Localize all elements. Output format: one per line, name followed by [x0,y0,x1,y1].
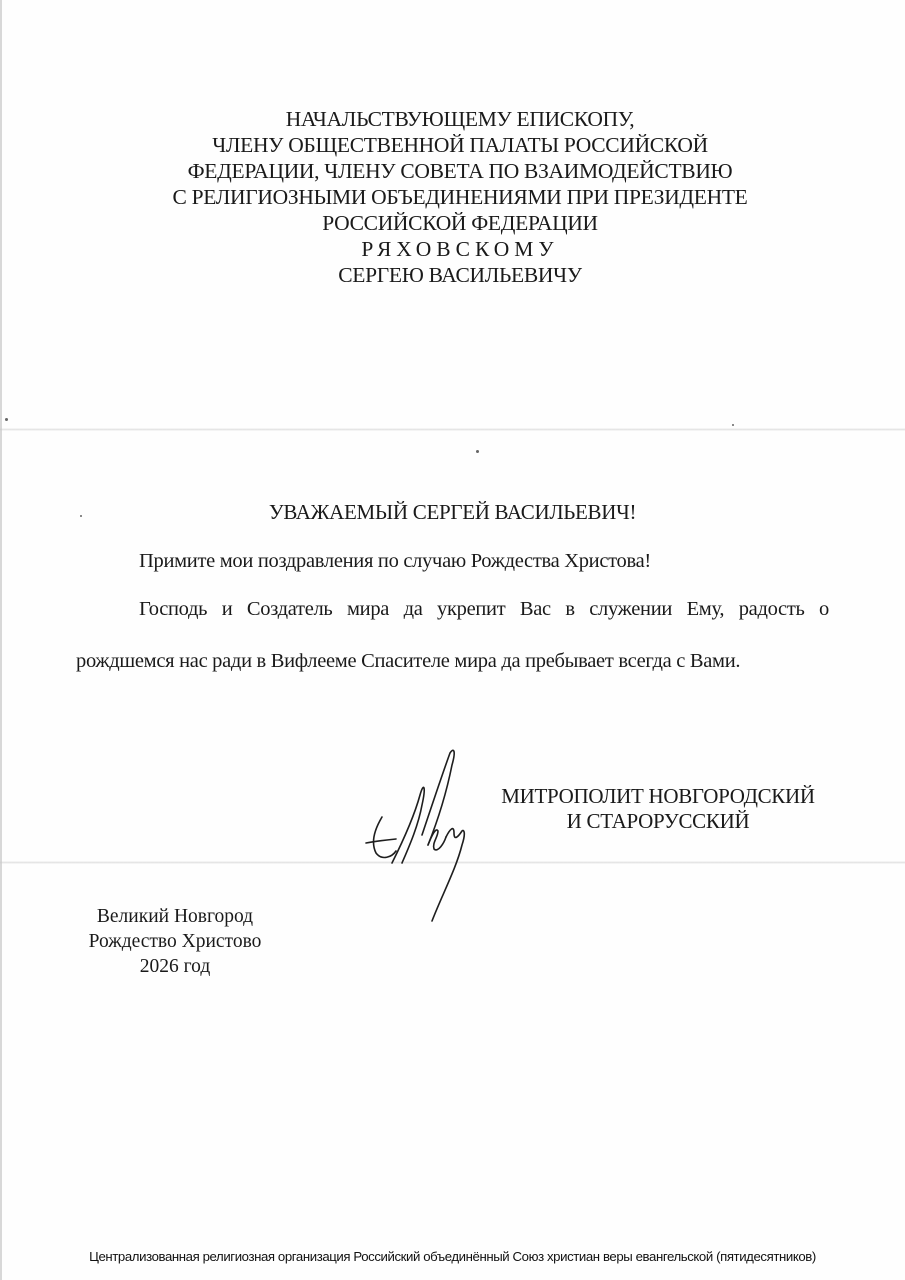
addressee-line: ФЕДЕРАЦИИ, ЧЛЕНУ СОВЕТА ПО ВЗАИМОДЕЙСТВИ… [150,158,770,184]
scan-speck [732,424,734,426]
signatory-title-line-2: И СТАРОРУССКИЙ [492,809,824,834]
place-and-date: Великий Новгород Рождество Христово 2026… [70,904,280,979]
salutation: УВАЖАЕМЫЙ СЕРГЕЙ ВАСИЛЬЕВИЧ! [0,500,905,525]
paper-fold-line [0,428,905,431]
place: Великий Новгород [70,904,280,929]
scan-edge [0,0,2,1280]
signatory-title-line-1: МИТРОПОЛИТ НОВГОРОДСКИЙ [492,784,824,809]
addressee-surname: РЯХОВСКОМУ [150,236,770,262]
addressee-name: СЕРГЕЮ ВАСИЛЬЕВИЧУ [150,262,770,288]
scan-speck [5,418,8,421]
addressee-line: НАЧАЛЬСТВУЮЩЕМУ ЕПИСКОПУ, [150,106,770,132]
signatory-title: МИТРОПОЛИТ НОВГОРОДСКИЙ И СТАРОРУССКИЙ [492,784,824,834]
handwritten-signature-icon [362,745,492,925]
body-paragraph-2-line-1: Господь и Создатель мира да укрепит Вас … [139,598,829,621]
addressee-line: ЧЛЕНУ ОБЩЕСТВЕННОЙ ПАЛАТЫ РОССИЙСКОЙ [150,132,770,158]
body-paragraph-1: Примите мои поздравления по случаю Рожде… [139,550,651,573]
addressee-line: РОССИЙСКОЙ ФЕДЕРАЦИИ [150,210,770,236]
body-paragraph-2-line-2: рождшемся нас ради в Вифлееме Спасителе … [76,650,740,673]
addressee-line: С РЕЛИГИОЗНЫМИ ОБЪЕДИНЕНИЯМИ ПРИ ПРЕЗИДЕ… [150,184,770,210]
organization-footer: Централизованная религиозная организация… [0,1249,905,1264]
occasion: Рождество Христово [70,929,280,954]
letter-page: НАЧАЛЬСТВУЮЩЕМУ ЕПИСКОПУ, ЧЛЕНУ ОБЩЕСТВЕ… [0,0,905,1280]
scan-speck [476,450,479,453]
year: 2026 год [70,954,280,979]
addressee-block: НАЧАЛЬСТВУЮЩЕМУ ЕПИСКОПУ, ЧЛЕНУ ОБЩЕСТВЕ… [150,106,770,288]
